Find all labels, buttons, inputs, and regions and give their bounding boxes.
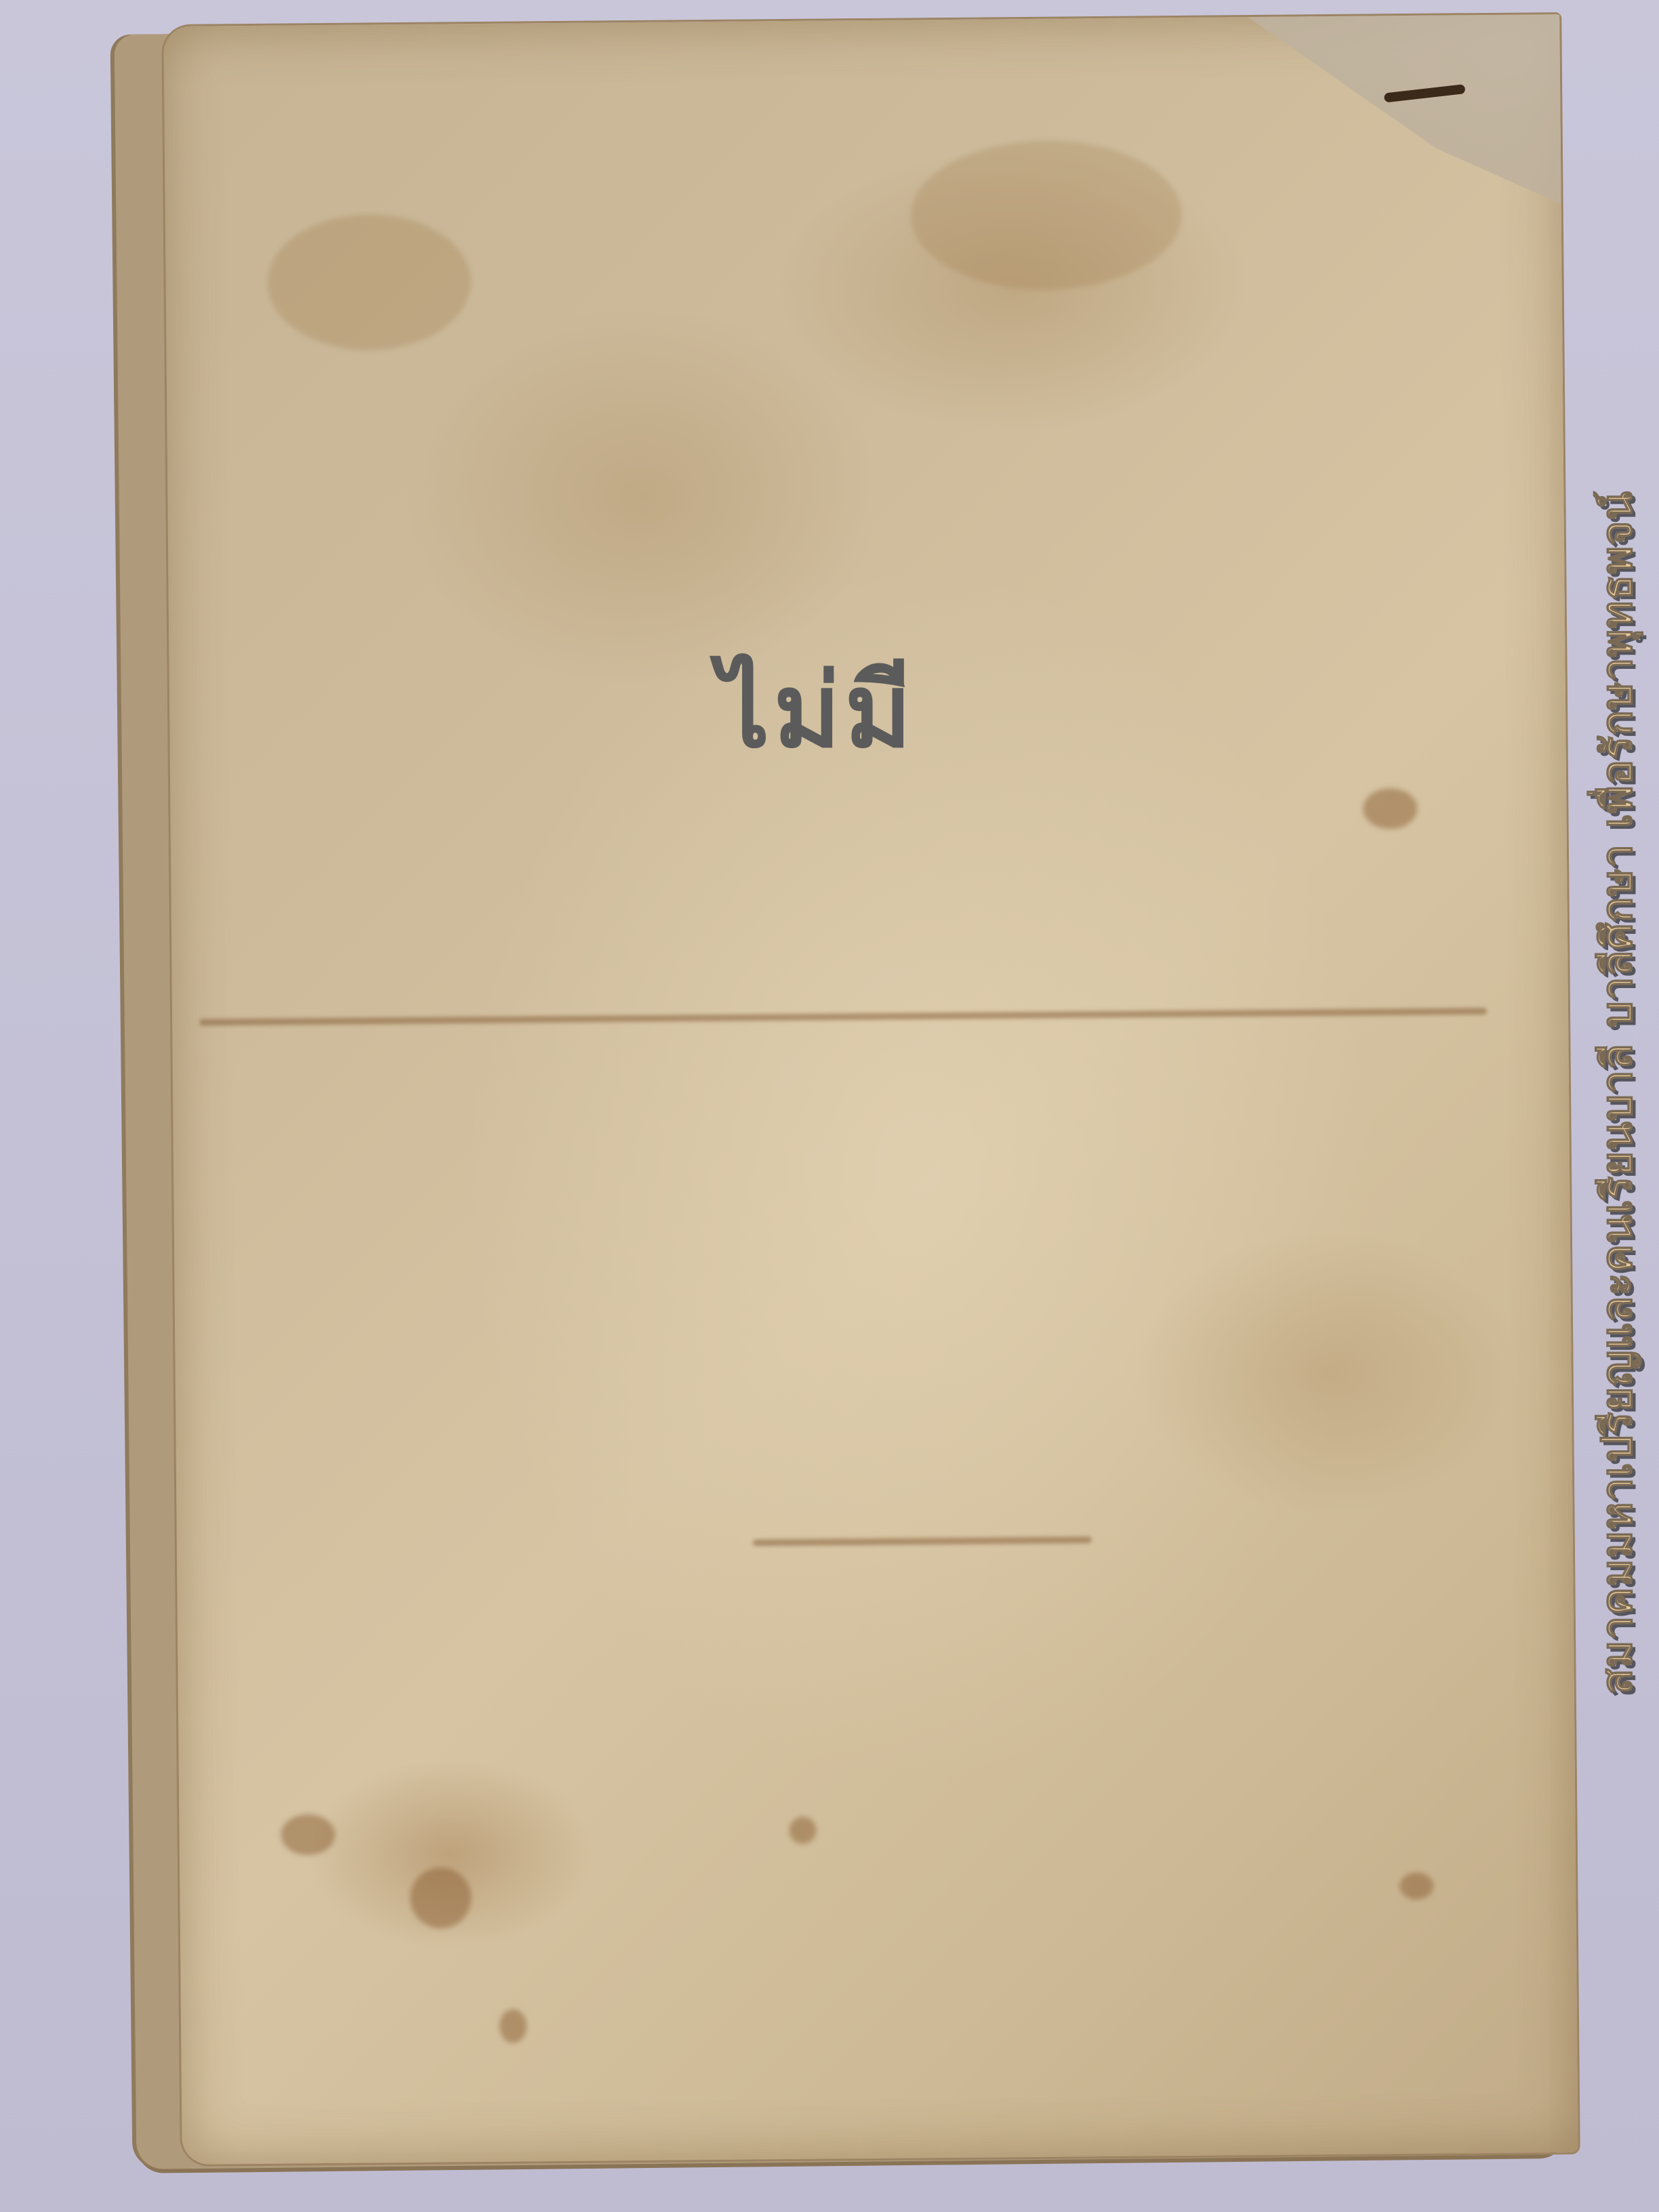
stain-spot (910, 140, 1183, 291)
stain-spot (499, 2009, 527, 2043)
corner-fold (1248, 14, 1561, 207)
book-cover (163, 14, 1578, 2165)
stain-spot (1363, 788, 1418, 829)
stain-spot (267, 213, 472, 351)
stain-line (753, 1536, 1092, 1546)
watermark-text: สมาคมมหาเปรียญและคนเรียนบาลี บาลีศึกษา เ… (1596, 491, 1638, 1694)
stain-spot (410, 1867, 472, 1929)
stain-spot (789, 1817, 816, 1844)
stain-spot (281, 1814, 335, 1856)
stain-spot (1399, 1872, 1433, 1900)
cover-label: ไม่มี (718, 661, 916, 762)
stain-line (199, 1008, 1487, 1026)
